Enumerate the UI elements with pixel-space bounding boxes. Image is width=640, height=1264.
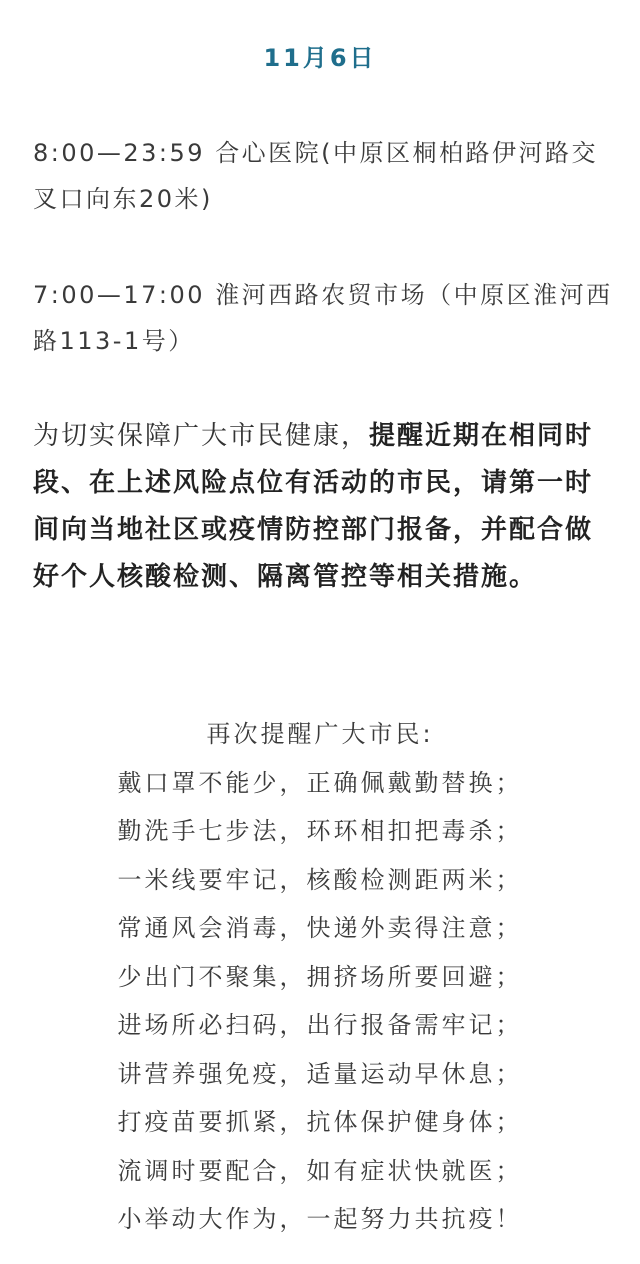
reminder-line: 常通风会消毒，快递外卖得注意；: [0, 904, 640, 953]
reminder-line: 少出门不聚集，拥挤场所要回避；: [0, 953, 640, 1002]
notice-normal-text: 为切实保障广大市民健康，: [33, 421, 369, 451]
reminder-line: 打疫苗要抓紧，抗体保护健身体；: [0, 1098, 640, 1147]
reminder-line: 勤洗手七步法，环环相扣把毒杀；: [0, 807, 640, 856]
reminder-line: 进场所必扫码，出行报备需牢记；: [0, 1001, 640, 1050]
reminder-line: 讲营养强免疫，适量运动早休息；: [0, 1050, 640, 1099]
reminder-block: 再次提醒广大市民: 戴口罩不能少，正确佩戴勤替换； 勤洗手七步法，环环相扣把毒杀…: [0, 710, 640, 1244]
risk-location-entry-1: 8:00—23:59 合心医院(中原区桐柏路伊河路交叉口向东20米): [33, 130, 613, 222]
reminder-title: 再次提醒广大市民:: [0, 710, 640, 759]
reminder-line: 戴口罩不能少，正确佩戴勤替换；: [0, 759, 640, 808]
notice-paragraph: 为切实保障广大市民健康，提醒近期在相同时段、在上述风险点位有活动的市民，请第一时…: [33, 413, 613, 601]
reminder-line: 流调时要配合，如有症状快就医；: [0, 1147, 640, 1196]
risk-location-entry-2: 7:00—17:00 淮河西路农贸市场（中原区淮河西路113-1号）: [33, 272, 613, 364]
reminder-line: 小举动大作为，一起努力共抗疫！: [0, 1195, 640, 1244]
date-heading: 11月6日: [0, 38, 640, 73]
reminder-line: 一米线要牢记，核酸检测距两米；: [0, 856, 640, 905]
